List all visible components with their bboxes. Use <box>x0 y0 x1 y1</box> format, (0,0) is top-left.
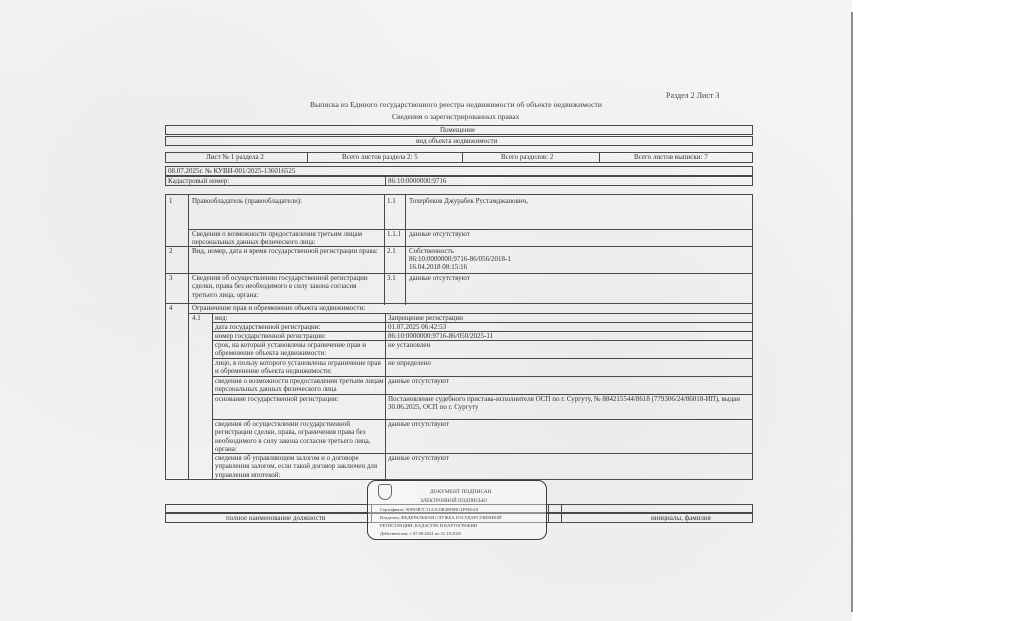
enc-label: вид: <box>215 314 228 322</box>
document-title: Выписка из Единого государственного реес… <box>310 100 602 109</box>
emblem-icon <box>378 484 392 500</box>
row-sub: 3.1 <box>387 274 396 282</box>
page-margin <box>853 0 1023 621</box>
divider <box>548 505 549 512</box>
enc-label: лицо, в пользу которого установлены огра… <box>215 359 385 376</box>
enc-value: Запрещение регистрации <box>388 314 463 322</box>
enc-value: Постановление судебного пристава-исполни… <box>388 395 750 412</box>
row-value: Тохербеков Джурабек Рустамджанович, <box>409 197 528 205</box>
divider <box>307 153 308 162</box>
enc-label: сведения об осуществлении государственно… <box>215 420 385 453</box>
divider <box>561 514 562 522</box>
enc-value: данные отсутствуют <box>388 420 449 428</box>
enc-value: 01.07.2025 06:42:53 <box>388 323 446 331</box>
object-type-label: вид объекта недвижимости <box>416 137 497 145</box>
stamp-validity: Действителен: с 07.08.2024 по 31.10.2025 <box>380 531 461 536</box>
object-type-label-box: вид объекта недвижимости <box>165 136 753 146</box>
col-divider-label <box>384 195 385 305</box>
row-label: Вид, номер, дата и время государственной… <box>192 247 382 255</box>
divider <box>385 177 386 185</box>
row-divider <box>188 313 752 314</box>
meta-row: Лист № 1 раздела 2 Всего листов раздела … <box>165 152 753 163</box>
document-subtitle: Сведения о зарегистрированных правах <box>392 112 519 121</box>
enc-value: данные отсутствуют <box>388 454 449 462</box>
enc-value: 86:10:0000000:9716-86/050/2025-11 <box>388 332 493 340</box>
cadastral-number: 86:10:0000000:9716 <box>388 177 446 185</box>
row-sub: 2.1 <box>387 247 396 255</box>
row-number: 4 <box>169 304 173 312</box>
stamp-title: ДОКУМЕНТ ПОДПИСАН <box>430 489 492 495</box>
enc-label: сведения о возможности предоставления тр… <box>215 377 385 394</box>
row-value: данные отсутствуют <box>409 274 470 282</box>
divider <box>462 153 463 162</box>
enc-value: не установлен <box>388 341 430 349</box>
encumbrance-header: Ограничение прав и обременение объекта н… <box>192 304 365 312</box>
name-label: инициалы, фамилия <box>651 514 711 522</box>
stamp-certificate: Сертификат: 00F83B7C31A1C0B40F6BC4F9E0A8 <box>380 507 478 512</box>
row-sub: 1.1 <box>387 197 396 205</box>
row-sub: 1.1.1 <box>387 230 401 238</box>
sheet-of-section: Лист № 1 раздела 2 <box>206 153 264 161</box>
position-label: полное наименование должности <box>226 514 326 522</box>
enc-label: номер государственной регистрации: <box>215 332 326 340</box>
col-divider-sub <box>405 195 406 305</box>
encumbrance-sub: 4.1 <box>192 314 201 322</box>
row-number: 1 <box>169 197 173 205</box>
row-number: 2 <box>169 247 173 255</box>
stamp-owner: Владелец: ФЕДЕРАЛЬНАЯ СЛУЖБА ГОСУДАРСТВЕ… <box>380 515 502 520</box>
enc-value: данные отсутствуют <box>388 377 449 385</box>
row-label: Правообладатель (правообладатели): <box>192 197 302 205</box>
extract-number-row: 08.07.2025г. № КУВИ-001/2025-136016525 <box>165 166 753 176</box>
enc-label: основание государственной регистрации: <box>215 395 339 403</box>
divider <box>548 514 549 522</box>
row-number: 3 <box>169 274 173 282</box>
page-edge-divider <box>851 12 853 612</box>
total-sheets-extract: Всего листов выписки: 7 <box>634 153 708 161</box>
right-date: 16.04.2018 08:15:16 <box>409 263 467 271</box>
total-sheets-section: Всего листов раздела 2: 5 <box>342 153 418 161</box>
enc-value: не определено <box>388 359 431 367</box>
enc-label: сведения об управляющем залогом и о дого… <box>215 454 385 479</box>
object-type-value: Помещение <box>440 126 475 134</box>
cadastral-row: Кадастровый номер: 86:10:0000000:9716 <box>165 176 753 186</box>
col-divider <box>385 313 386 479</box>
stamp-owner-cont: РЕГИСТРАЦИИ, КАДАСТРА И КАРТОГРАФИИ <box>380 523 477 528</box>
enc-label: срок, на который установлены ограничение… <box>215 341 385 358</box>
divider <box>561 505 562 512</box>
sheet-reference: Раздел 2 Лист 3 <box>666 91 719 100</box>
extract-number: 08.07.2025г. № КУВИ-001/2025-136016525 <box>168 167 295 175</box>
row-label: Сведения о возможности предоставления тр… <box>192 230 382 247</box>
row-label: Сведения об осуществлении государственно… <box>192 274 382 299</box>
electronic-signature-stamp: ДОКУМЕНТ ПОДПИСАН ЭЛЕКТРОННОЙ ПОДПИСЬЮ С… <box>367 480 547 540</box>
total-sections: Всего разделов: 2 <box>501 153 553 161</box>
enc-label: дата государственной регистрации: <box>215 323 320 331</box>
cadastral-label: Кадастровый номер: <box>168 177 229 185</box>
row-value: данные отсутствуют <box>409 230 470 238</box>
stamp-subtitle: ЭЛЕКТРОННОЙ ПОДПИСЬЮ <box>420 499 487 504</box>
rights-table: 1 Правообладатель (правообладатели): 1.1… <box>165 194 753 480</box>
col-divider-num <box>188 195 189 479</box>
divider <box>599 153 600 162</box>
col-divider <box>212 313 213 479</box>
object-type-value-box: Помещение <box>165 125 753 135</box>
